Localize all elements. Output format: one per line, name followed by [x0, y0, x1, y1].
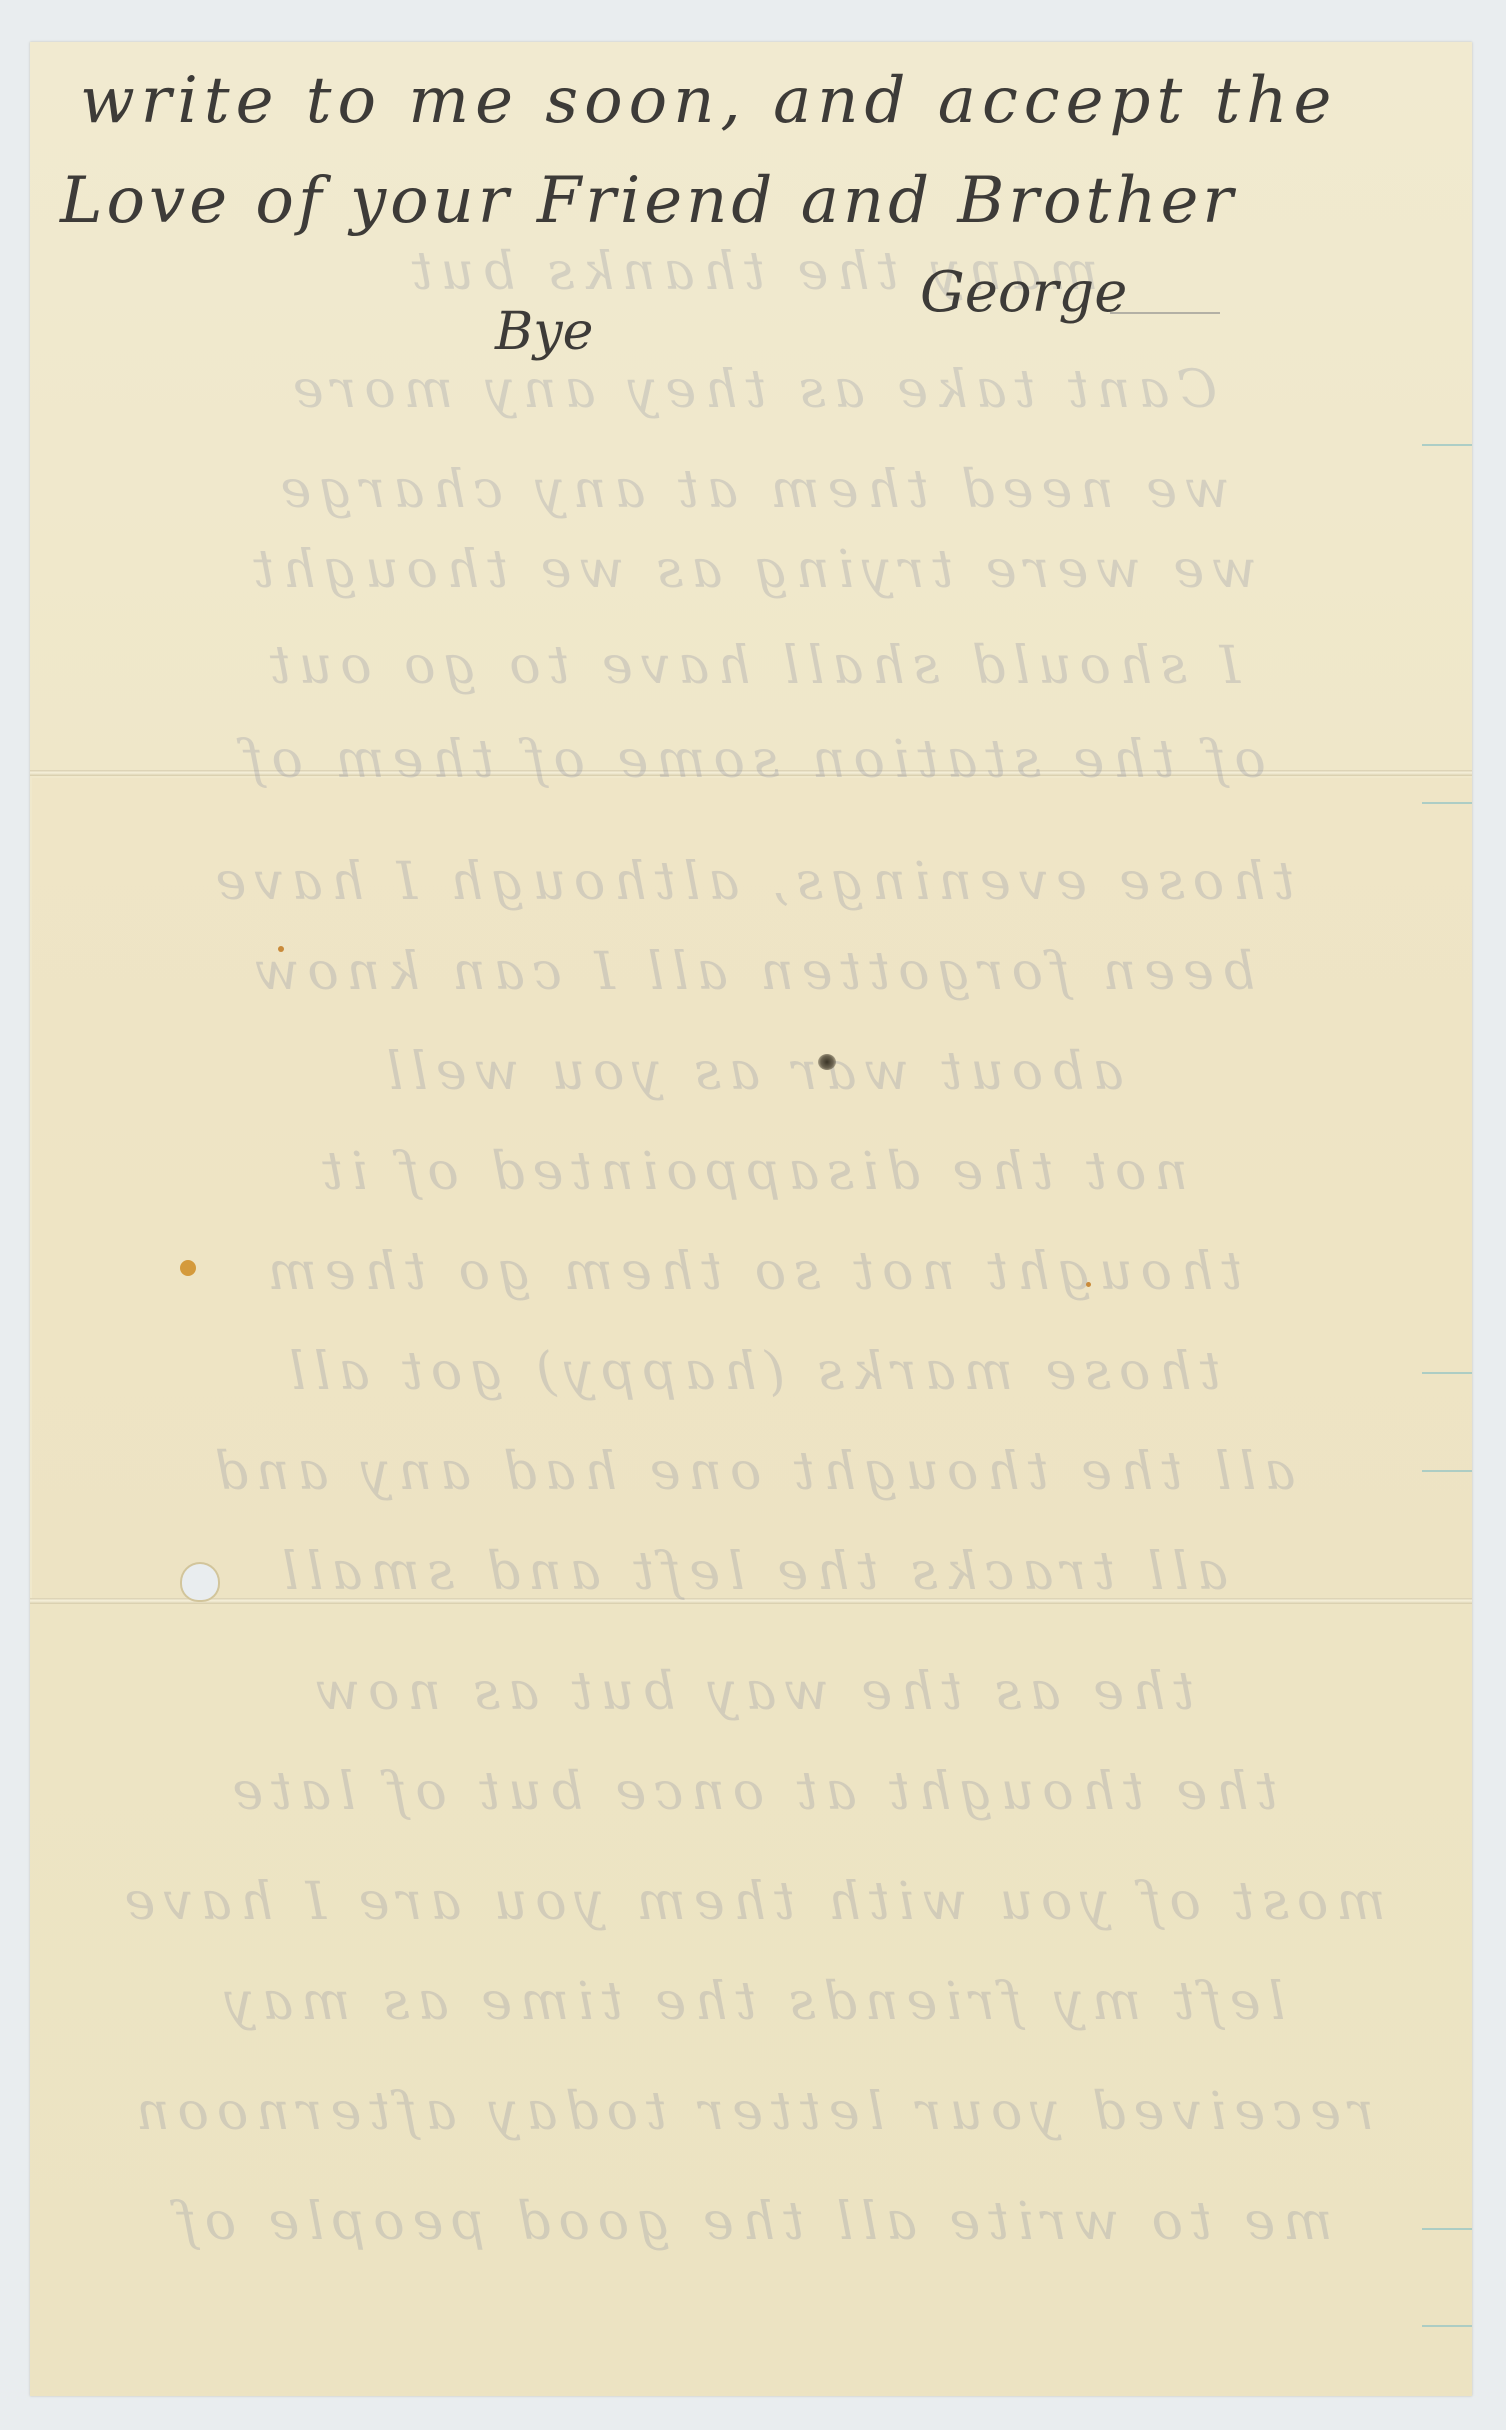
ruled-line-stub	[1422, 802, 1472, 804]
paper-panel-top	[30, 42, 1472, 772]
letter-page: many the thanks but Cant take as they an…	[30, 42, 1472, 2396]
postscript: Bye	[495, 302, 593, 362]
fold-crease	[30, 1598, 1472, 1604]
ruled-line-stub	[1422, 2325, 1472, 2327]
paper-panel-middle	[32, 778, 1472, 1598]
signature: George	[920, 260, 1127, 325]
ink-blot	[818, 1054, 836, 1070]
foxing-stain	[278, 946, 284, 952]
signature-underline	[1110, 312, 1220, 314]
ruled-line-stub	[1422, 444, 1472, 446]
ruled-line-stub	[1422, 2228, 1472, 2230]
ruled-line-stub	[1422, 1372, 1472, 1374]
paper-hole	[182, 1564, 218, 1600]
ruled-line-stub	[1422, 1470, 1472, 1472]
letter-line: write to me soon, and accept the	[80, 64, 1337, 138]
foxing-stain	[180, 1260, 196, 1276]
letter-line: Love of your Friend and Brother	[60, 164, 1237, 238]
foxing-stain	[1086, 1282, 1091, 1287]
fold-crease	[30, 770, 1472, 776]
paper-panel-bottom	[30, 1604, 1472, 2396]
